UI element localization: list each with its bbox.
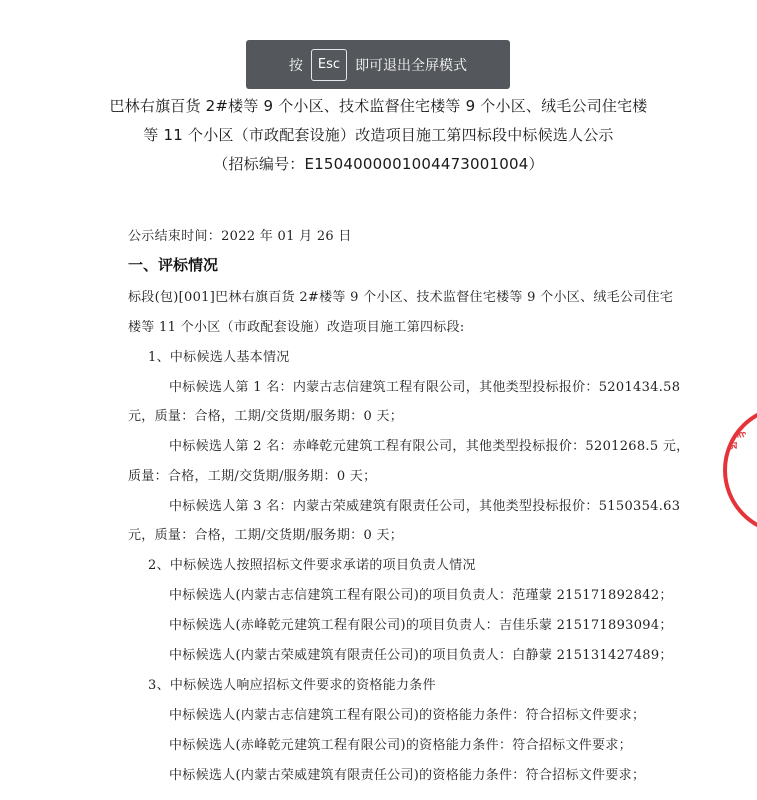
project-leader-item: 中标候选人(内蒙古荣威建筑有限责任公司)的项目负责人：白静蒙 215131427… xyxy=(169,644,673,663)
subsection-heading-project-leader: 2、中标候选人按照招标文件要求承诺的项目负责人情况 xyxy=(148,554,476,573)
tender-number: （招标编号：E1504000001004473001004） xyxy=(0,153,757,174)
fullscreen-exit-toast: 按 Esc 即可退出全屏模式 xyxy=(246,40,510,89)
document-page: 巴林右旗百货 2#楼等 9 个小区、技术监督住宅楼等 9 个小区、绒毛公司住宅楼… xyxy=(0,0,757,800)
announcement-end-time: 公示结束时间：2022 年 01 月 26 日 xyxy=(128,225,352,244)
qualification-item: 中标候选人(内蒙古志信建筑工程有限公司)的资格能力条件：符合招标文件要求； xyxy=(169,704,645,723)
section-intro-line-1: 标段(包)[001]巴林右旗百货 2#楼等 9 个小区、技术监督住宅楼等 9 个… xyxy=(128,286,673,305)
section-heading-evaluation: 一、评标情况 xyxy=(128,254,218,275)
project-leader-item: 中标候选人(内蒙古志信建筑工程有限公司)的项目负责人：范瑾蒙 215171892… xyxy=(169,584,673,603)
project-leader-item: 中标候选人(赤峰乾元建筑工程有限公司)的项目负责人：吉佳乐蒙 215171893… xyxy=(169,614,673,633)
candidate-2-line-1: 中标候选人第 2 名：赤峰乾元建筑工程有限公司，其他类型投标报价：5201268… xyxy=(169,435,689,454)
document-title-line-2: 等 11 个小区（市政配套设施）改造项目施工第四标段中标候选人公示 xyxy=(0,124,757,145)
candidate-3-line-1: 中标候选人第 3 名：内蒙古荣威建筑有限责任公司，其他类型投标报价：515035… xyxy=(169,495,680,514)
qualification-item: 中标候选人(内蒙古荣威建筑有限责任公司)的资格能力条件：符合招标文件要求； xyxy=(169,764,645,783)
candidate-1-line-2: 元，质量：合格，工期/交货期/服务期：0 天； xyxy=(128,405,403,424)
document-title-line-1: 巴林右旗百货 2#楼等 9 个小区、技术监督住宅楼等 9 个小区、绒毛公司住宅楼 xyxy=(0,95,757,116)
official-seal-stamp: ᠮᠣᠩᠭᠣᠯ xyxy=(723,405,757,535)
esc-key-icon: Esc xyxy=(311,49,347,81)
candidate-1-line-1: 中标候选人第 1 名：内蒙古志信建筑工程有限公司，其他类型投标报价：520143… xyxy=(169,376,680,395)
section-intro-line-2: 楼等 11 个小区（市政配套设施）改造项目施工第四标段: xyxy=(128,316,465,335)
toast-suffix: 即可退出全屏模式 xyxy=(355,55,467,75)
stamp-text: ᠮᠣᠩᠭᠣᠯ xyxy=(727,430,757,518)
candidate-3-line-2: 元，质量：合格，工期/交货期/服务期：0 天； xyxy=(128,524,403,543)
candidate-2-line-2: 质量：合格，工期/交货期/服务期：0 天； xyxy=(128,465,376,484)
toast-prefix: 按 xyxy=(289,55,303,75)
subsection-heading-qualification: 3、中标候选人响应招标文件要求的资格能力条件 xyxy=(148,674,436,693)
subsection-heading-basic-info: 1、中标候选人基本情况 xyxy=(148,346,290,365)
qualification-item: 中标候选人(赤峰乾元建筑工程有限公司)的资格能力条件：符合招标文件要求； xyxy=(169,734,632,753)
